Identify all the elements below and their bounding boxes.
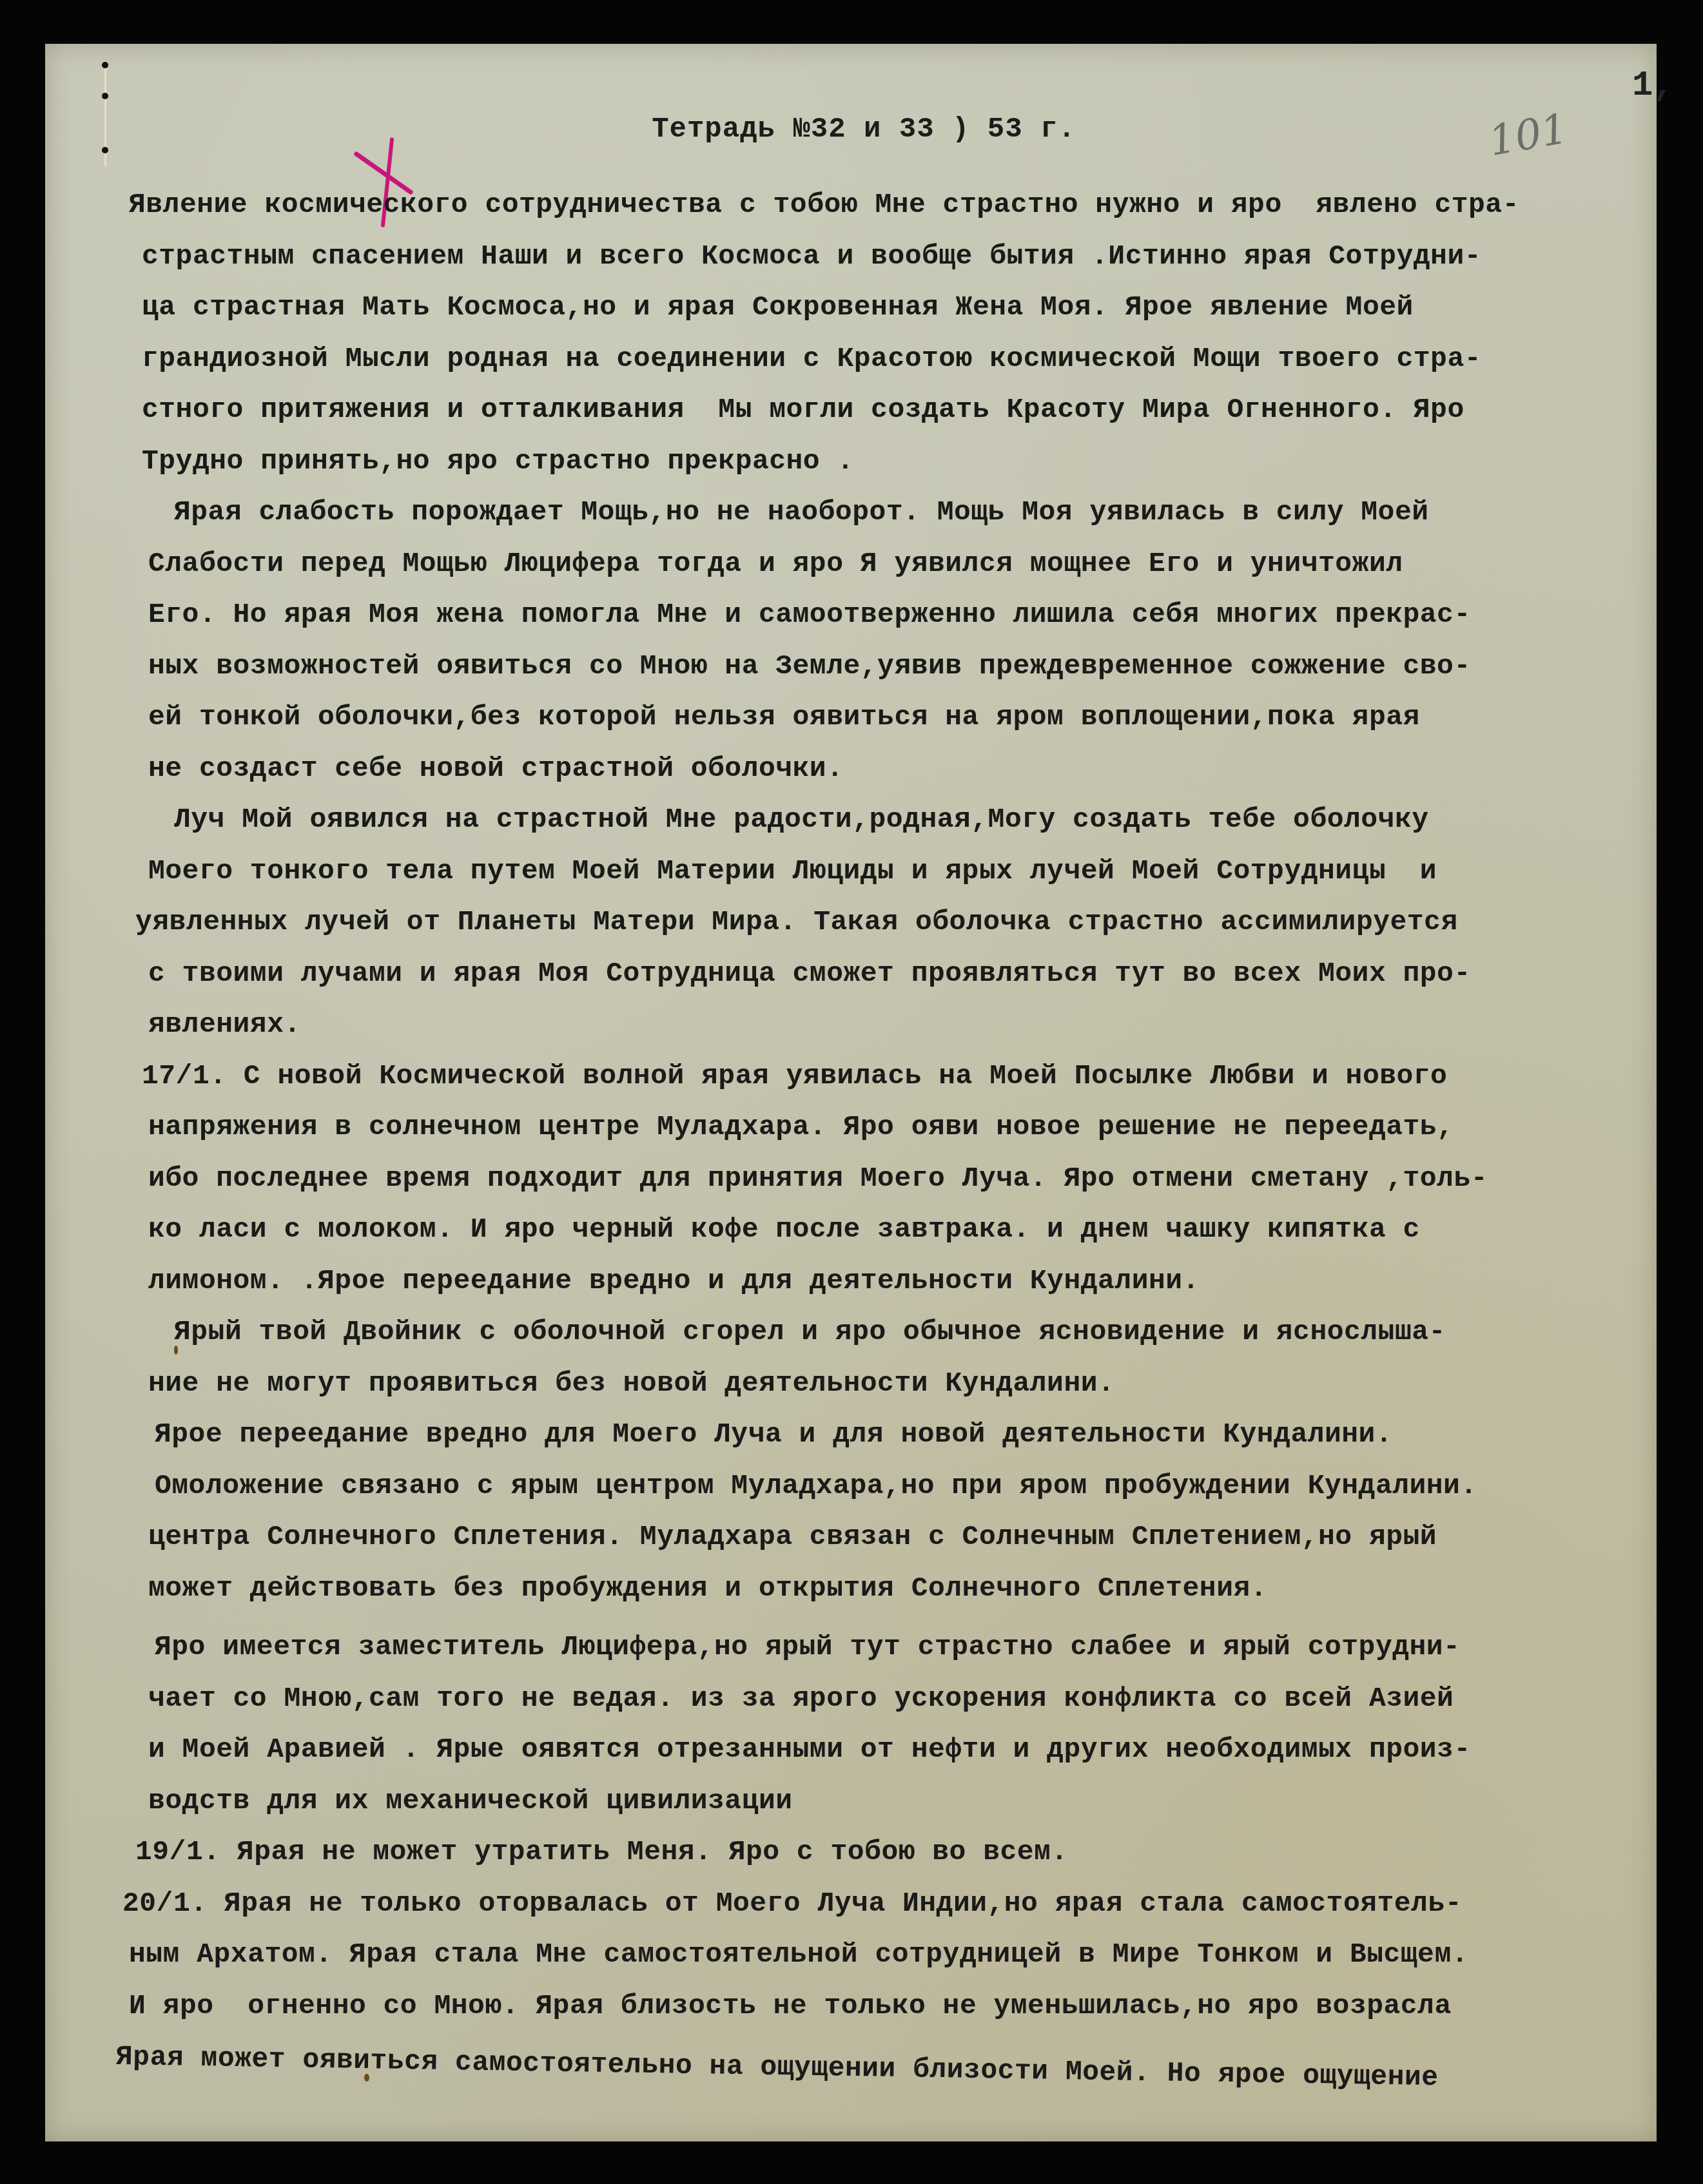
dated-entry-20-1: 20/1. Ярая не только оторвалась от Моего… <box>122 1878 1689 1929</box>
text-line: ние не могут проявиться без новой деятел… <box>129 1358 1689 1409</box>
text-line: страстным спасением Наши и всего Космоса… <box>129 231 1689 282</box>
dated-entry-19-1: 19/1. Ярая не может утратить Меня. Яро с… <box>129 1826 1689 1878</box>
text-line: водств для их механической цивилизации <box>129 1775 1689 1827</box>
text-line: напряжения в солнечном центре Муладхара.… <box>129 1101 1689 1153</box>
text-line: ко ласи с молоком. И яро черный кофе пос… <box>129 1204 1689 1255</box>
text-line: с твоими лучами и ярая Моя Сотрудница см… <box>129 948 1689 1000</box>
corner-mark: 1, <box>1632 66 1674 106</box>
text-line: центра Солнечного Сплетения. Муладхара с… <box>129 1511 1689 1563</box>
text-line: Его. Но ярая Моя жена помогла Мне и само… <box>129 589 1689 641</box>
text-line: Слабости перед Мощью Люцифера тогда и яр… <box>129 538 1689 590</box>
text-line: Ярое переедание вредно для Моего Луча и … <box>129 1409 1689 1460</box>
paragraph-start: Луч Мой оявился на страстной Мне радости… <box>129 794 1689 846</box>
text-line: ных возможностей оявиться со Мною на Зем… <box>129 641 1689 692</box>
text-line: И яро огненно со Мною. Ярая близость не … <box>129 1980 1689 2032</box>
text-line: ца страстная Мать Космоса,но и ярая Сокр… <box>129 282 1689 333</box>
text-line: ибо последнее время подходит для приняти… <box>129 1153 1689 1204</box>
text-line: чает со Мною,сам того не ведая. из за яр… <box>129 1673 1689 1725</box>
typed-body: Явление космического сотрудничества с то… <box>129 179 1689 2083</box>
punch-hole <box>102 93 108 99</box>
paragraph-start: Ярый твой Двойник с оболочной сгорел и я… <box>129 1306 1689 1358</box>
text-line: Моего тонкого тела путем Моей Материи Лю… <box>129 846 1689 897</box>
text-line: лимоном. .Ярое переедание вредно и для д… <box>129 1255 1689 1307</box>
text-line: Явление космического сотрудничества с то… <box>129 179 1689 231</box>
text-line: явлениях. <box>129 999 1689 1050</box>
text-line: грандиозной Мысли родная на соединении с… <box>129 333 1689 385</box>
text-line: Омоложение связано с ярым центром Муладх… <box>129 1460 1689 1512</box>
text-line: ным Архатом. Ярая стала Мне самостоятель… <box>129 1929 1689 1980</box>
text-line: не создаст себе новой страстной оболочки… <box>129 743 1689 795</box>
text-line: уявленных лучей от Планеты Матери Мира. … <box>129 896 1689 948</box>
paragraph-start: Яро имеется заместитель Люцифера,но ярый… <box>129 1621 1689 1673</box>
paragraph-start: Ярая слабость порождает Мощь,но не наобо… <box>129 487 1689 538</box>
punch-hole <box>102 147 108 153</box>
text-line: и Моей Аравией . Ярые оявятся отрезанным… <box>129 1724 1689 1775</box>
text-line: может действовать без пробуждения и откр… <box>129 1563 1689 1614</box>
ink-spot <box>174 1346 178 1355</box>
text-line: Ярая может оявиться самостоятельно на ощ… <box>115 2031 1689 2107</box>
punch-hole <box>102 62 108 68</box>
text-line: стного притяжения и отталкивания Мы могл… <box>129 384 1689 436</box>
document-title: Тетрадь №32 и 33 ) 53 г. <box>45 113 1657 146</box>
text-line: Трудно принять,но яро страстно прекрасно… <box>129 436 1689 487</box>
document-page: 101 1, Тетрадь №32 и 33 ) 53 г. Явление … <box>45 44 1657 2141</box>
text-line: ей тонкой оболочки,без которой нельзя оя… <box>129 691 1689 743</box>
ink-spot <box>364 2074 369 2082</box>
dated-entry-17-1: 17/1. С новой Космической волной ярая уя… <box>129 1050 1689 1102</box>
